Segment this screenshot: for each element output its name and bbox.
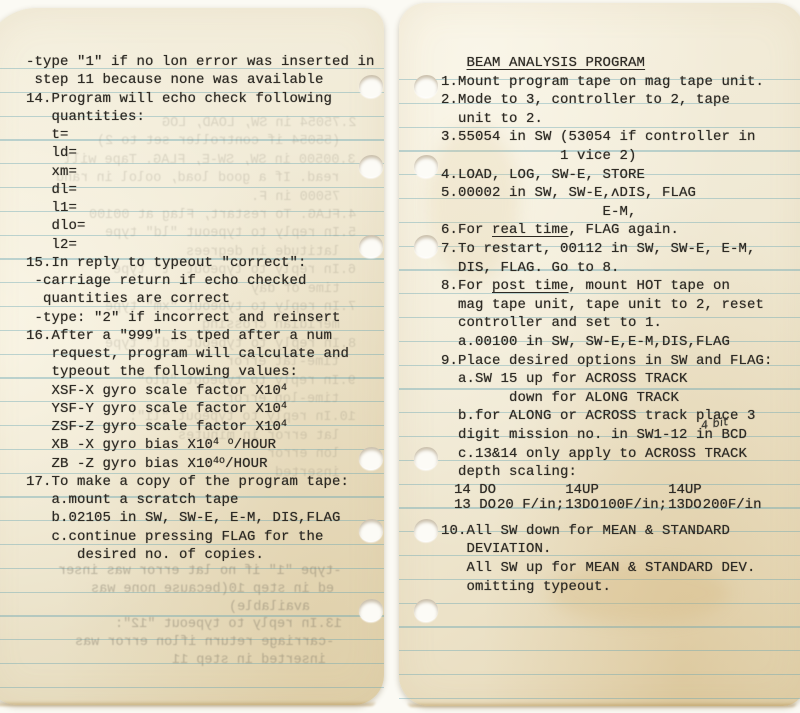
- stacked-switch-pair: 14 DO13 DO: [454, 483, 496, 513]
- typed-line: 2.Mode to 3, controller to 2, tape: [441, 92, 730, 108]
- typed-line: 3.55054 in SW (53054 if controller in: [441, 129, 756, 145]
- typed-line: down for ALONG TRACK: [441, 390, 679, 406]
- typed-line: DIS, FLAG. Go to 8.: [441, 260, 620, 276]
- punch-hole: [414, 75, 438, 98]
- handwritten-annotation: 4 bit: [700, 415, 729, 432]
- bleedthrough-line: -carriage return iflon error was: [75, 635, 342, 650]
- bleedthrough-line: 4.FLAG. To restart, Flag at 00100: [89, 208, 356, 223]
- scale-value: 100F/in;: [600, 497, 667, 513]
- scanned-notebook: { "document_title": "BEAM ANALYSIS PROGR…: [0, 0, 800, 713]
- typed-line: -type: "2" if incorrect and reinsert: [26, 310, 341, 326]
- typed-line: c.13&14 only apply to ACROSS TRACK: [441, 446, 747, 462]
- bleedthrough-line: 5.In reply to typeout "ld" type: [105, 226, 356, 241]
- typed-line: dl=: [26, 182, 77, 198]
- stacked-switch-pair: 14UP13DO: [668, 483, 702, 513]
- typed-line: a.00100 in SW, SW-E,E-M,DIS,FLAG: [441, 334, 730, 350]
- typed-line: -carriage return if echo checked: [26, 273, 307, 289]
- typed-line: unit to 2.: [441, 111, 543, 127]
- typed-line: XB -X gyro bias X104 o/HOUR: [26, 437, 276, 453]
- bleedthrough-line: available): [229, 600, 342, 615]
- typed-line: 9.Place desired options in SW and FLAG:: [441, 353, 773, 369]
- punch-hole: [414, 447, 438, 470]
- bleedthrough-line: -type "1" if no lat error was inser: [58, 564, 342, 579]
- punch-hole: [359, 599, 383, 622]
- typed-line: digit mission no. in SW1-12 in BCD4 bit: [441, 427, 747, 443]
- left-page: 2.75054 in SW, LOAD, LOG (55054 if contr…: [0, 8, 384, 705]
- typed-line: 10.All SW down for MEAN & STANDARD: [441, 523, 730, 539]
- rule-line: [399, 626, 800, 627]
- typed-line: a.SW 15 up for ACROSS TRACK: [441, 371, 688, 387]
- bleedthrough-line: inserted in step 11: [172, 653, 342, 668]
- bleedthrough-line: 13.In reply to typeout "12":: [115, 617, 342, 632]
- typed-line: t=: [26, 127, 69, 143]
- typed-line: step 11 because none was available: [26, 72, 324, 88]
- bleedthrough-line: read. If a good load, oolol in rand: [56, 171, 356, 186]
- scale-value: 200F/in: [703, 497, 762, 513]
- rule-line: [0, 687, 384, 688]
- scale-value: 20 F/in;: [497, 497, 564, 513]
- typed-line: b.02105 in SW, SW-E, E-M, DIS,FLAG: [26, 510, 341, 526]
- typed-line: xm=: [26, 164, 77, 180]
- typed-line: dlo=: [26, 218, 86, 234]
- bleedthrough-line: 2.75054 in SW, LOAD, LOG: [162, 116, 356, 131]
- bleedthrough-line: 75000 in F.: [251, 190, 356, 205]
- typed-line: request, program will calculate and: [26, 346, 349, 362]
- typed-line: quantities are correct: [26, 291, 230, 307]
- typed-line: mag tape unit, tape unit to 2, reset: [441, 297, 764, 313]
- typed-line: ZB -Z gyro bias X104o/HOUR: [26, 456, 268, 472]
- typed-line: 8.For post time, mount HOT tape on: [441, 278, 730, 294]
- punch-hole: [414, 235, 438, 258]
- rule-line: [399, 698, 800, 699]
- typed-line: omitting typeout.: [441, 579, 611, 595]
- right-page: BEAM ANALYSIS PROGRAM1.Mount program tap…: [399, 3, 800, 706]
- punch-hole: [359, 519, 383, 542]
- punch-hole: [414, 519, 438, 542]
- typed-line: depth scaling:: [441, 464, 577, 480]
- bleedthrough-line: ed in step 10(because none was: [91, 582, 342, 597]
- typed-line: c.continue pressing FLAG for the: [26, 529, 324, 545]
- typed-line: 6.For real time, FLAG again.: [441, 222, 679, 238]
- typed-line: 4.LOAD, LOG, SW-E, STORE: [441, 167, 645, 183]
- typed-line: 17.To make a copy of the program tape:: [26, 474, 349, 490]
- stacked-switch-pair: 14UP13DO: [565, 483, 599, 513]
- typed-line: All SW up for MEAN & STANDARD DEV.: [441, 560, 756, 576]
- typed-line: l1=: [26, 200, 77, 216]
- typed-line: BEAM ANALYSIS PROGRAM: [441, 55, 645, 71]
- typed-line: l2=: [26, 237, 77, 253]
- typed-line: 14.Program will echo check following: [26, 91, 332, 107]
- typed-line: -type "1" if no lon error was inserted i…: [26, 54, 375, 70]
- typed-line: typeout the following values:: [26, 364, 298, 380]
- punch-hole: [359, 235, 383, 258]
- typed-line: desired no. of copies.: [26, 547, 264, 563]
- typed-line: E-M,: [441, 204, 637, 220]
- typed-line: ld=: [26, 145, 77, 161]
- bleedthrough-line: (55054 if controller set to 2): [97, 134, 356, 149]
- punch-hole: [359, 75, 383, 98]
- typed-line: XSF-X gyro scale factor X104: [26, 383, 287, 399]
- typed-line: 16.After a "999" is tped after a num: [26, 328, 332, 344]
- typed-line: 15.In reply to typeout "correct":: [26, 255, 307, 271]
- typed-line: 7.To restart, 00112 in SW, SW-E, E-M,: [441, 241, 756, 257]
- depth-scaling-expression: 14 DO13 DO20 F/in;14UP13DO100F/in;14UP13…: [454, 483, 762, 513]
- typed-line: 1.Mount program tape on mag tape unit.: [441, 74, 764, 90]
- punch-hole: [414, 599, 438, 622]
- bleedthrough-line: lon error: [267, 447, 356, 462]
- typed-line: quantities:: [26, 109, 145, 125]
- typed-line: DEVIATION.: [441, 541, 552, 557]
- typed-line: controller and set to 1.: [441, 315, 662, 331]
- typed-line: YSF-Y gyro scale factor X104: [26, 401, 287, 417]
- typed-line: ZSF-Z gyro scale factor X104: [26, 419, 287, 435]
- typed-line: 5.00002 in SW, SW-E,ʌDIS, FLAG: [441, 185, 696, 201]
- typed-line: a.mount a scratch tape: [26, 492, 239, 508]
- rule-line: [399, 650, 800, 651]
- punch-hole: [359, 155, 383, 178]
- rule-line: [399, 674, 800, 675]
- typed-line: 1 vice 2): [441, 148, 637, 164]
- punch-hole: [414, 155, 438, 178]
- punch-hole: [359, 447, 383, 470]
- bleedthrough-line: 3.00500 in SW, SW-E, FLAG. Tape will: [64, 153, 356, 168]
